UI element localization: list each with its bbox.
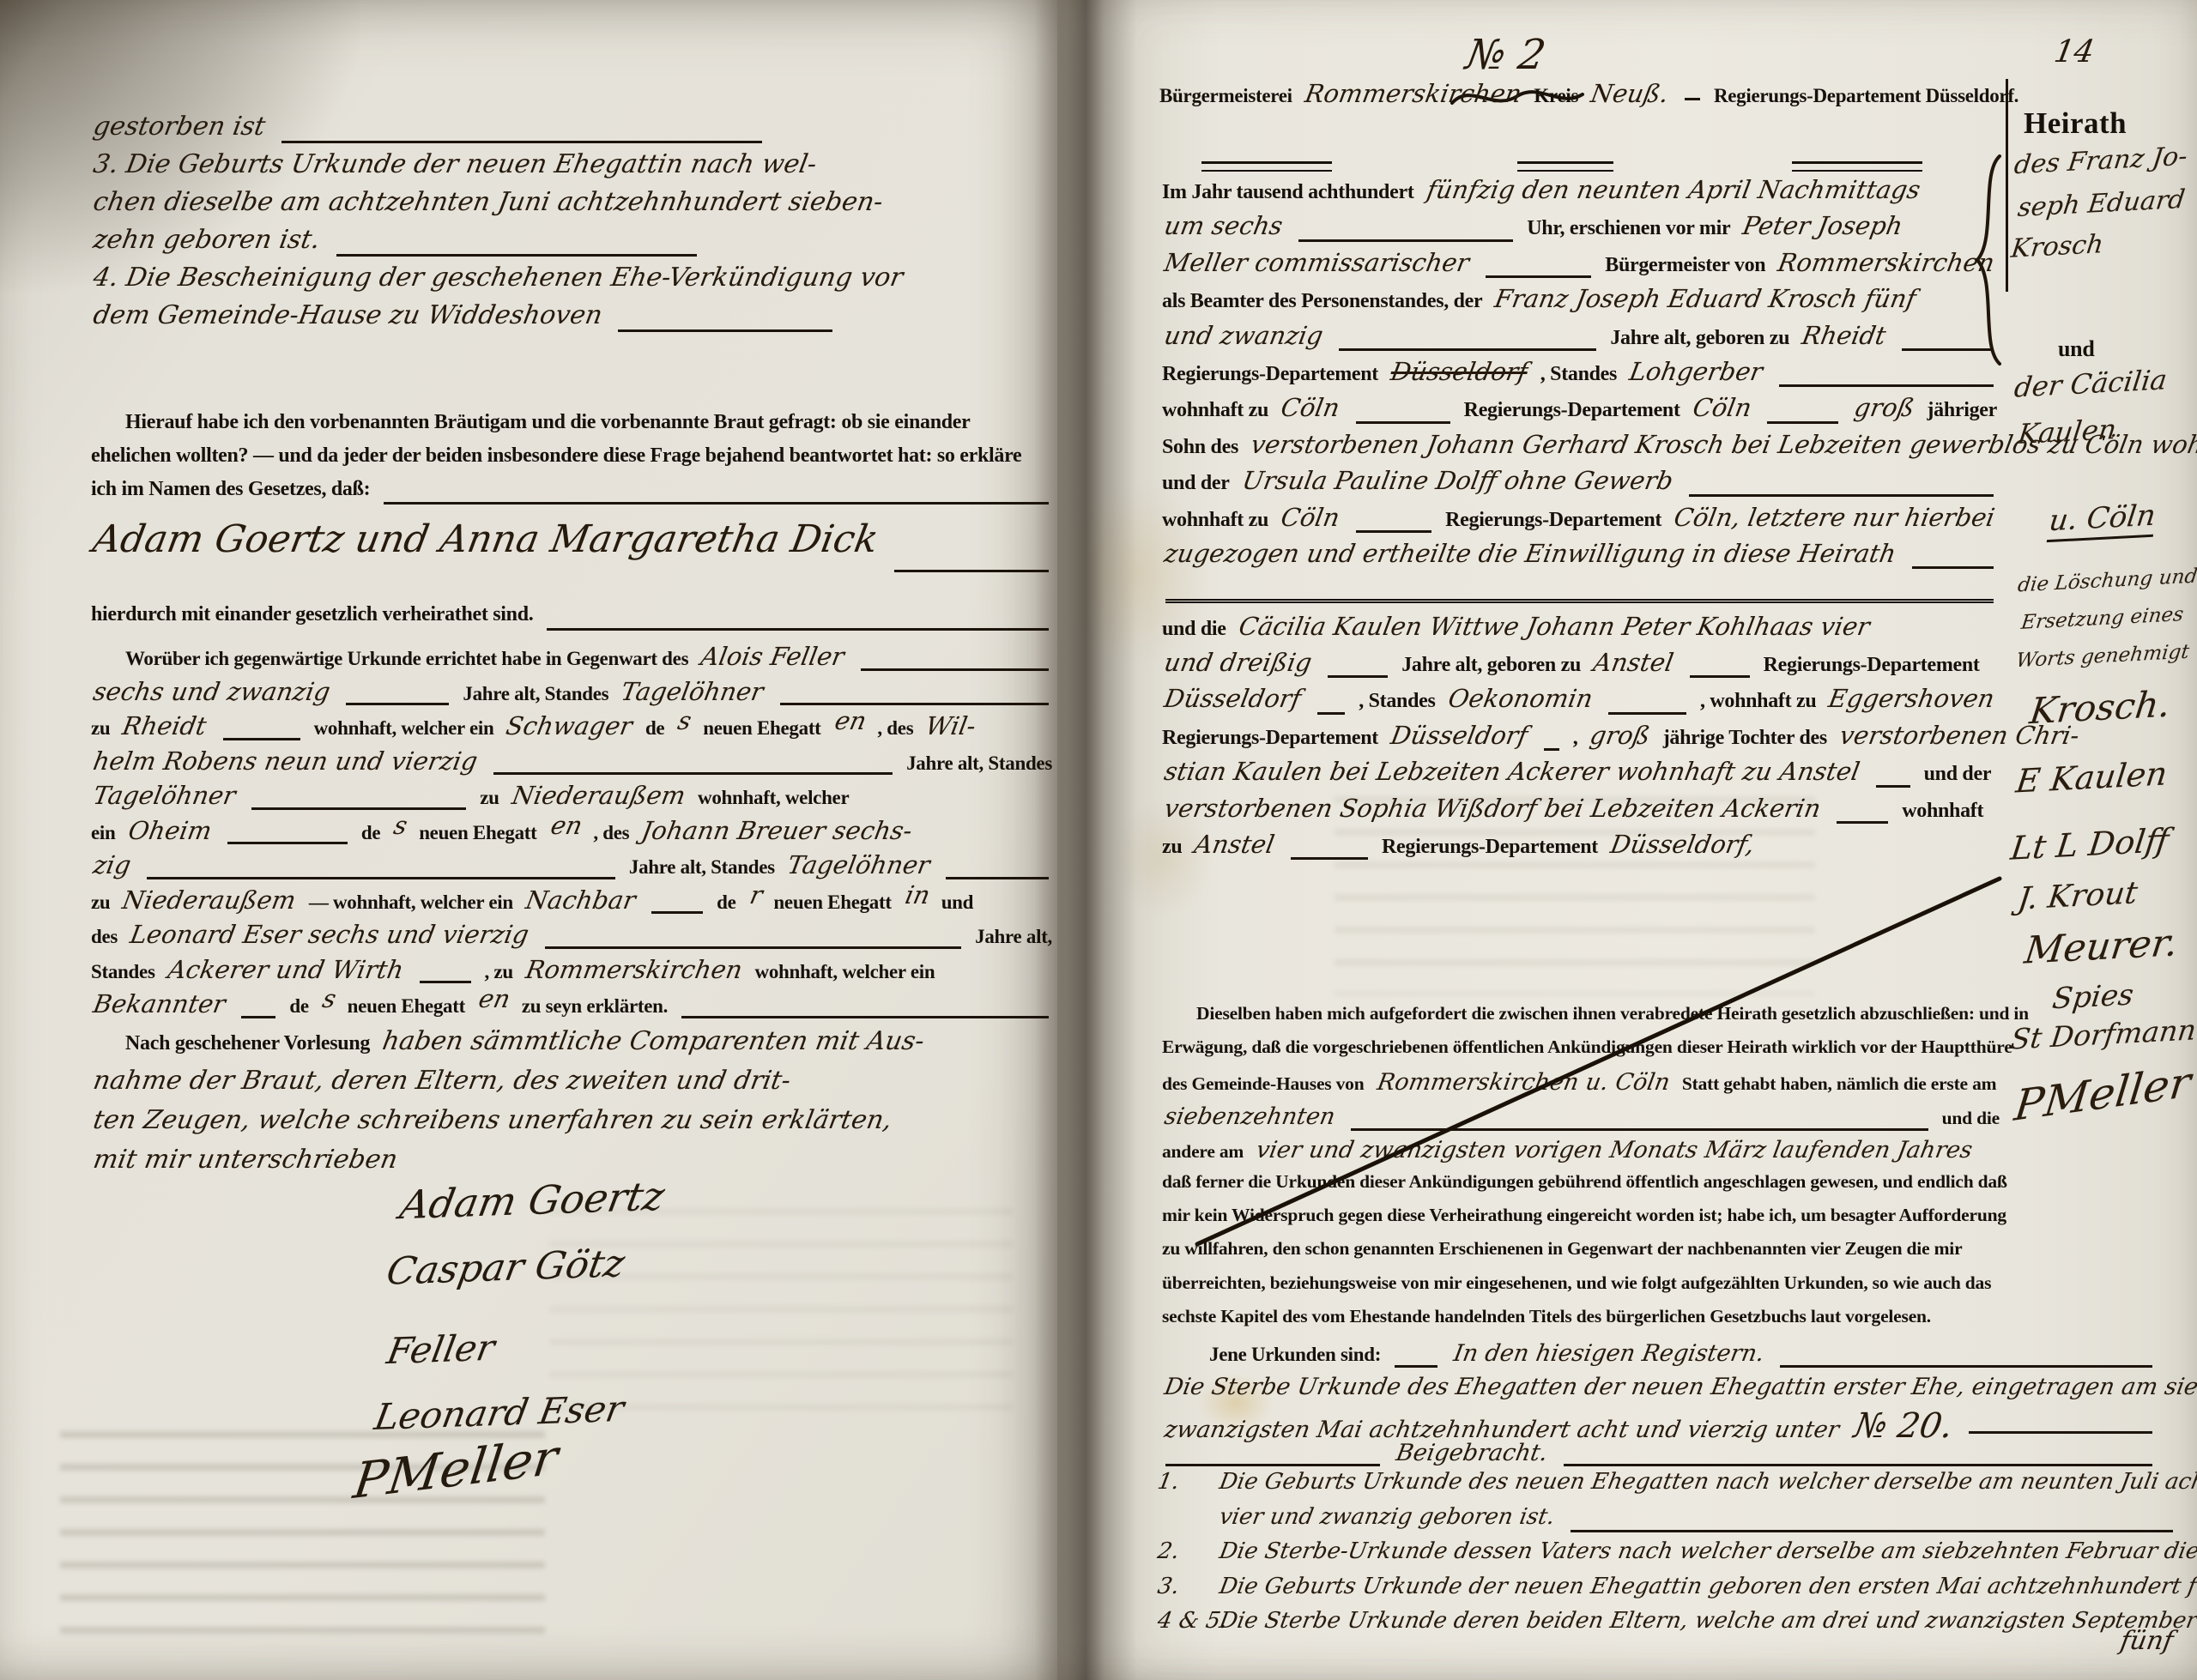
- text-line: 1.Die Geburts Urkunde des neuen Ehegatte…: [1212, 1471, 2182, 1506]
- printed-text: wohnhaft, welcher ein: [314, 718, 494, 739]
- handwritten-text: Niederaußem: [510, 783, 687, 808]
- grouping-brace: [1970, 153, 2008, 367]
- text-line: 4 & 5.Die Sterbe Urkunde deren beiden El…: [1212, 1610, 2182, 1645]
- handwritten-text: gestorben ist: [91, 113, 267, 141]
- text-line: Regierungs-DepartementDüsseldorf,großjäh…: [1157, 722, 2002, 758]
- printed-text: Jahre alt, Standes: [906, 753, 1052, 774]
- text-line: verstorbenen Sophia Wißdorf bei Lebzeite…: [1157, 795, 2002, 831]
- printed-text: , des: [593, 823, 629, 843]
- printed-text: hierdurch mit einander gesetzlich verhei…: [91, 604, 533, 625]
- blank-rule: [493, 772, 893, 775]
- text-line: Regierungs-DepartementDüsseldorf, Stande…: [1157, 359, 2002, 395]
- blank-rule: [1608, 712, 1686, 715]
- printed-text: Jahre alt, geboren zu: [1401, 655, 1581, 676]
- text-line: 3. Die Geburts Urkunde der neuen Ehegatt…: [86, 151, 1051, 189]
- handwritten-text: groß: [1589, 722, 1653, 748]
- text-line: und dieCäcilia Kaulen Wittwe Johann Pete…: [1157, 613, 2002, 650]
- text-line: und zwanzigJahre alt, geboren zuRheidt: [1157, 323, 2002, 359]
- married-declaration-line: hierdurch mit einander gesetzlich verhei…: [86, 604, 1057, 638]
- catchword: fünf: [2118, 1626, 2176, 1656]
- handwritten-insertion: en: [476, 986, 512, 1012]
- blank-rule: [780, 703, 1049, 705]
- margin-connector: und: [2058, 336, 2094, 362]
- text-line: Nach geschehener Vorlesunghaben sämmtlic…: [86, 1028, 1057, 1067]
- blank-rule: [420, 981, 471, 983]
- handwritten-text: dem Gemeinde-Hause zu Widdeshoven: [91, 302, 604, 329]
- blank-rule: [861, 668, 1049, 671]
- printed-text: — wohnhaft, welcher ein: [309, 892, 513, 913]
- text-line: ten Zeugen, welche schreibens unerfahren…: [86, 1107, 1057, 1146]
- signature-witness: Leonard Eser: [372, 1387, 627, 1438]
- text-line: 2.Die Sterbe-Urkunde dessen Vaters nach …: [1212, 1540, 2182, 1575]
- documents-numbered-list: 1.Die Geburts Urkunde des neuen Ehegatte…: [1212, 1471, 2182, 1645]
- blank-rule: [1690, 675, 1750, 678]
- handwritten-text: Rheidt: [1800, 323, 1888, 348]
- blank-rule: [1767, 421, 1838, 424]
- text-line: nahme der Braut, deren Eltern, des zweit…: [86, 1067, 1057, 1107]
- handwritten-text-large: № 20.: [1851, 1408, 1956, 1444]
- blank-rule: [1689, 494, 1994, 497]
- text-line: gestorben ist: [86, 113, 1051, 151]
- printed-text: neuen Ehegatt: [348, 996, 465, 1017]
- text-line: wohnhaft zuCölnRegierungs-DepartementCöl…: [1157, 505, 2002, 541]
- blank-rule: [1876, 785, 1910, 788]
- printed-text: jähriger: [1927, 400, 1997, 421]
- printed-text: und die: [1162, 619, 1226, 640]
- couple-names-line: Adam Goertz und Anna Margaretha Dick: [86, 520, 1057, 580]
- handwritten-text: Ackerer und Wirth: [166, 957, 405, 982]
- handwritten-text: Tagelöhner: [785, 852, 932, 878]
- printed-text: , Standes: [1359, 691, 1435, 712]
- handwritten-text: verstorbenen Sophia Wißdorf bei Lebzeite…: [1162, 795, 1823, 821]
- printed-text: de: [717, 892, 735, 913]
- handwritten-text: Tagelöhner: [91, 783, 238, 808]
- documents-intro-block: Jene Urkunden sind:In den hiesigen Regis…: [1157, 1342, 2161, 1474]
- text-line: sechste Kapitel des vom Ehestande handel…: [1157, 1307, 2005, 1340]
- handwritten-text: Bekannter: [91, 991, 227, 1017]
- signature: Spies: [2050, 978, 2135, 1017]
- text-line: überreichten, beziehungsweise von mir ei…: [1157, 1273, 2005, 1307]
- handwritten-text: chen dieselbe am achtzehnten Juni achtze…: [91, 189, 885, 216]
- handwritten-text: haben sämmtliche Comparenten mit Aus-: [380, 1028, 926, 1055]
- handwritten-text: zehn geboren ist.: [91, 227, 322, 254]
- printed-text: Uhr, erschienen vor mir: [1527, 218, 1730, 239]
- printed-text: neuen Ehegatt: [703, 718, 820, 739]
- margin-heading-heirath: Heirath: [2024, 106, 2127, 141]
- text-line: Hierauf habe ich den vorbenannten Bräuti…: [86, 412, 1057, 445]
- handwritten-text: Die Sterbe Urkunde des Ehegatten der neu…: [1163, 1375, 2197, 1399]
- blank-rule: [651, 911, 703, 914]
- text-line: zuNiederaußem— wohnhaft, welcher einNach…: [86, 887, 1057, 922]
- printed-text: Regierungs-Departement: [1382, 837, 1598, 858]
- blank-rule: [336, 254, 697, 257]
- printed-text: de: [361, 823, 380, 843]
- blank-rule: [223, 738, 300, 740]
- handwritten-text: vier und zwanzig geboren ist.: [1218, 1506, 1557, 1529]
- handwritten-text: nahme der Braut, deren Eltern, des zweit…: [91, 1067, 792, 1095]
- blank-rule: [241, 1016, 275, 1018]
- printed-text: , zu: [485, 962, 513, 982]
- printed-text: ich im Namen des Gesetzes, daß:: [91, 479, 370, 500]
- margin-bride-name: Kaulen: [2016, 413, 2118, 450]
- signature: J. Krout: [2016, 875, 2140, 916]
- printed-text: zu: [91, 892, 110, 913]
- printed-text: , des: [877, 718, 913, 739]
- carryover-document-list: gestorben ist3. Die Geburts Urkunde der …: [86, 113, 1051, 340]
- blank-rule: [547, 628, 1049, 631]
- double-underline: [1792, 161, 1922, 172]
- handwritten-text-struck: Düsseldorf: [1389, 359, 1529, 384]
- handwritten-text: 3. Die Geburts Urkunde der neuen Ehegatt…: [91, 151, 819, 178]
- kreis-label: Kreis: [1534, 85, 1578, 107]
- text-line: um sechsUhr, erschienen vor mirPeter Jos…: [1157, 213, 2002, 249]
- handwritten-text: und zwanzig: [1162, 323, 1325, 348]
- text-line: zehn geboren ist.: [86, 227, 1051, 264]
- handwritten-text: Leonard Eser sechs und vierzig: [128, 922, 530, 947]
- handwritten-text: um sechs: [1162, 213, 1285, 239]
- handwritten-text: zig: [91, 852, 132, 878]
- blank-rule: [545, 946, 961, 949]
- handwritten-text: groß: [1852, 395, 1916, 420]
- printed-text: wohnhaft zu: [1162, 510, 1268, 531]
- printed-text: Sohn des: [1162, 437, 1238, 458]
- blank-rule: [147, 877, 615, 879]
- double-underline: [1201, 161, 1332, 172]
- handwritten-text: Beigebracht.: [1395, 1441, 1550, 1465]
- handwritten-text: Nachbar: [524, 887, 638, 913]
- blank-rule: [384, 502, 1049, 505]
- closing-statement: Nach geschehener Vorlesunghaben sämmtlic…: [86, 1028, 1057, 1186]
- handwritten-text: Franz Joseph Eduard Krosch fünf: [1493, 286, 1919, 311]
- blank-rule: [1356, 530, 1431, 533]
- blank-rule: [227, 842, 348, 844]
- printed-text: Regierungs-Departement: [1464, 400, 1680, 421]
- record-number: № 2: [1462, 31, 1549, 79]
- handwritten-text: Schwager: [505, 713, 635, 739]
- text-line: Bekannterdesneuen Ehegattenzu seyn erklä…: [86, 991, 1057, 1026]
- printed-text: Jahre alt,: [975, 927, 1052, 947]
- handwritten-text: Anstel: [1193, 831, 1277, 857]
- printed-text: neuen Ehegatt: [773, 892, 891, 913]
- margin-place-note: u. Cöln: [2047, 499, 2158, 542]
- text-line: [1157, 577, 2002, 613]
- printed-text: jährige Tochter des: [1663, 728, 1827, 749]
- text-line: desLeonard Eser sechs und vierzigJahre a…: [86, 922, 1057, 957]
- printed-text: , wohnhaft zu: [1700, 691, 1816, 712]
- handwritten-text: Die Sterbe-Urkunde dessen Vaters nach we…: [1218, 1540, 2197, 1563]
- blank-rule: [1564, 1464, 2152, 1466]
- handwritten-text: Oheim: [126, 818, 214, 843]
- printed-text: Jahre alt, Standes: [629, 857, 775, 878]
- buergermeisterei-label: Bürgermeisterei: [1159, 85, 1292, 107]
- text-line: Worüber ich gegenwärtige Urkunde erricht…: [86, 644, 1057, 679]
- handwritten-text: Cöln: [1279, 505, 1341, 530]
- handwritten-insertion: en: [832, 708, 869, 734]
- printed-text: de: [289, 996, 308, 1017]
- printed-text: wohnhaft, welcher ein: [755, 962, 935, 982]
- printed-text: zu seyn erklärten.: [522, 996, 668, 1017]
- printed-text: und der: [1924, 764, 1992, 785]
- text-line: wohnhaft zuCölnRegierungs-DepartementCöl…: [1157, 395, 2002, 431]
- text-line: dem Gemeinde-Hause zu Widdeshoven: [86, 302, 1051, 340]
- item-number: 1.: [1156, 1471, 1182, 1494]
- handwritten-text: Die Sterbe Urkunde deren beiden Eltern, …: [1218, 1610, 2197, 1633]
- printed-text: ehelichen wollten? — und da jeder der be…: [91, 445, 1021, 467]
- blank-rule: [618, 329, 832, 332]
- double-underline: [1517, 161, 1613, 172]
- text-line: vier und zwanzig geboren ist.: [1212, 1506, 2182, 1541]
- printed-text: und: [941, 892, 973, 913]
- text-line: Die Sterbe Urkunde des Ehegatten der neu…: [1157, 1375, 2161, 1409]
- handwritten-text: Eggershoven: [1827, 686, 1997, 711]
- blank-rule: [1837, 821, 1888, 824]
- blank-rule: [1912, 566, 1994, 569]
- handwritten-insertion: in: [903, 882, 932, 908]
- blank-rule: [1339, 348, 1596, 351]
- printed-text: wohnhaft, welcher: [698, 788, 849, 808]
- handwritten-text: fünfzig den neunten April Nachmittags: [1425, 177, 1922, 202]
- text-line: chen dieselbe am achtzehnten Juni achtze…: [86, 189, 1051, 227]
- kreis-value: Neuß.: [1589, 79, 1671, 108]
- form-header: Bürgermeisterei Rommerskirchen Kreis Neu…: [1154, 79, 2012, 108]
- blank-rule: [1317, 712, 1345, 715]
- handwritten-text: Die Geburts Urkunde des neuen Ehegatten …: [1218, 1471, 2197, 1494]
- blank-rule: [1969, 1431, 2152, 1434]
- blank-rule: [1328, 675, 1388, 678]
- printed-text: Im Jahr tausend achthundert: [1162, 182, 1414, 203]
- blank-rule: [1486, 275, 1592, 278]
- blank-rule: [251, 807, 466, 810]
- blank-rule: [681, 1016, 1049, 1018]
- handwritten-insertion: en: [548, 813, 584, 838]
- text-line: zuRheidtwohnhaft, welcher einSchwagerdes…: [86, 713, 1057, 748]
- text-line: StandesAckerer und Wirth, zuRommerskirch…: [86, 957, 1057, 992]
- handwritten-text: Meller commissarischer: [1162, 250, 1471, 275]
- blank-rule: [1779, 384, 1994, 387]
- handwritten-text-large: Adam Goertz und Anna Margaretha Dick: [90, 520, 881, 559]
- printed-text: Jahre alt, Standes: [463, 684, 608, 704]
- handwritten-text: Cöln: [1279, 395, 1341, 420]
- text-line: ich im Namen des Gesetzes, daß:: [86, 479, 1057, 512]
- printed-text: Nach geschehener Vorlesung: [125, 1033, 370, 1055]
- handwritten-text: Tagelöhner: [620, 679, 766, 704]
- printed-text: Worüber ich gegenwärtige Urkunde erricht…: [125, 649, 688, 669]
- witnesses-paragraph: Worüber ich gegenwärtige Urkunde erricht…: [86, 644, 1057, 1026]
- handwritten-text: Düsseldorf: [1389, 722, 1529, 748]
- printed-text: Bürgermeister von: [1605, 255, 1765, 276]
- buergermeisterei-value: Rommerskirchen: [1303, 79, 1524, 108]
- handwritten-text: Peter Joseph: [1741, 213, 1905, 239]
- handwritten-text: zugezogen und ertheilte die Einwilligung…: [1162, 541, 1897, 566]
- text-line: hierdurch mit einander gesetzlich verhei…: [86, 604, 1057, 638]
- printed-text: Regierungs-Departement: [1764, 655, 1980, 676]
- handwritten-text: Rheidt: [121, 713, 209, 739]
- printed-text: , Standes: [1540, 364, 1617, 385]
- printed-text: ein: [91, 823, 116, 843]
- printed-text: Regierungs-Departement: [1162, 728, 1378, 749]
- margin-groom-name: Krosch: [2009, 229, 2105, 264]
- printed-text: de: [645, 718, 664, 739]
- handwritten-text: 4. Die Bescheinigung der geschehenen Ehe…: [91, 264, 905, 292]
- text-line: helm Robens neun und vierzigJahre alt, S…: [86, 748, 1057, 783]
- handwritten-text: Johann Breuer sechs-: [640, 818, 915, 843]
- handwritten-text: Cöln: [1691, 395, 1753, 420]
- text-line: Adam Goertz und Anna Margaretha Dick: [86, 520, 1057, 580]
- text-line: stian Kaulen bei Lebzeiten Ackerer wohnh…: [1157, 758, 2002, 795]
- text-line: 3.Die Geburts Urkunde der neuen Ehegatti…: [1212, 1575, 2182, 1611]
- handwritten-text: mit mir unterschrieben: [91, 1146, 399, 1174]
- printed-text: zu: [1162, 837, 1182, 858]
- printed-text: des: [91, 927, 118, 947]
- marriage-question-paragraph: Hierauf habe ich den vorbenannten Bräuti…: [86, 412, 1057, 512]
- printed-text: zu: [91, 718, 110, 739]
- blank-rule: [1571, 1530, 2173, 1532]
- signature-groom: Adam Goertz: [396, 1173, 668, 1229]
- printed-text: Hierauf habe ich den vorbenannten Bräuti…: [125, 412, 971, 433]
- handwritten-text: Rommerskirchen: [524, 957, 744, 982]
- printed-text: überreichten, beziehungsweise von mir ei…: [1162, 1273, 1991, 1293]
- blank-rule: [346, 703, 449, 705]
- handwritten-text: Alois Feller: [699, 644, 847, 669]
- blank-rule: [1395, 1365, 1437, 1368]
- handwritten-text: Düsseldorf,: [1608, 831, 1756, 857]
- handwritten-text: helm Robens neun und vierzig: [91, 748, 479, 774]
- signature: Meurer.: [2022, 921, 2180, 972]
- printed-text: zu: [480, 788, 499, 808]
- text-line: zugezogen und ertheilte die Einwilligung…: [1157, 541, 2002, 577]
- handwritten-text: Niederaußem: [121, 887, 299, 913]
- printed-text: Standes: [91, 962, 155, 982]
- blank-rule: [1356, 421, 1450, 424]
- handwritten-text: sechs und zwanzig: [91, 679, 332, 704]
- text-line: 4. Die Bescheinigung der geschehenen Ehe…: [86, 264, 1051, 302]
- handwritten-text: Ursula Pauline Dolff ohne Gewerb: [1240, 468, 1674, 493]
- handwritten-text: Cäcilia Kaulen Wittwe Johann Peter Kohlh…: [1237, 613, 1872, 639]
- handwritten-text: Cöln, letztere nur hierbei: [1672, 505, 1996, 530]
- marriage-register-spread: № 2 14 Bürgermeisterei Rommerskirchen Kr…: [0, 0, 2197, 1680]
- printed-text: als Beamter des Personenstandes, der: [1162, 291, 1482, 312]
- signature-witness: Caspar Götz: [384, 1242, 628, 1294]
- text-line: und dreißigJahre alt, geboren zuAnstelRe…: [1157, 650, 2002, 686]
- handwritten-text: stian Kaulen bei Lebzeiten Ackerer wohnh…: [1162, 758, 1861, 784]
- handwritten-text: ten Zeugen, welche schreibens unerfahren…: [91, 1107, 893, 1134]
- page-number: 14: [2051, 34, 2097, 69]
- handwritten-text: Wil-: [924, 713, 978, 739]
- handwritten-text: Rommerskirchen: [1776, 250, 1997, 275]
- handwritten-text: Lohgerber: [1627, 359, 1764, 384]
- text-line: Meller commissarischerBürgermeister vonR…: [1157, 250, 2002, 286]
- signature: Krosch.: [2027, 683, 2173, 732]
- blank-rule: [946, 877, 1049, 879]
- handwritten-text: Oekonomin: [1446, 686, 1595, 711]
- text-line: ehelichen wollten? — und da jeder der be…: [86, 445, 1057, 479]
- printed-text: und der: [1162, 473, 1230, 494]
- blank-rule: [894, 570, 1049, 572]
- blank-rule: [1165, 1464, 1380, 1466]
- text-line: sechs und zwanzigJahre alt, StandesTagel…: [86, 679, 1057, 714]
- blank-rule: [1165, 599, 1994, 603]
- text-line: als Beamter des Personenstandes, derFran…: [1157, 286, 2002, 322]
- handwritten-text: In den hiesigen Registern.: [1452, 1342, 1766, 1366]
- printed-text: neuen Ehegatt: [419, 823, 536, 843]
- printed-text: Regierungs-Departement: [1162, 364, 1378, 385]
- printed-text: Regierungs-Departement: [1445, 510, 1661, 531]
- text-line: einOheimdesneuen Ehegatten, desJohann Br…: [86, 818, 1057, 853]
- spouses-details-block: Im Jahr tausend achthundertfünfzig den n…: [1157, 177, 2002, 867]
- blank-rule: [281, 141, 762, 143]
- departement-label: Regierungs-Departement Düsseldorf.: [1714, 85, 2018, 107]
- handwritten-text: Die Geburts Urkunde der neuen Ehegattin …: [1218, 1575, 2197, 1598]
- signature-witness: Feller: [384, 1326, 498, 1372]
- handwritten-text: Düsseldorf: [1162, 686, 1303, 711]
- blank-rule: [1780, 1365, 2152, 1368]
- blank-rule: [1685, 98, 1700, 100]
- handwritten-text: Anstel: [1591, 650, 1675, 675]
- text-line: zwanzigsten Mai achtzehnhundert acht und…: [1157, 1408, 2161, 1441]
- handwritten-text: und dreißig: [1162, 650, 1314, 675]
- text-line: Düsseldorf, StandesOekonomin, wohnhaft z…: [1157, 686, 2002, 722]
- text-line: Im Jahr tausend achthundertfünfzig den n…: [1157, 177, 2002, 213]
- printed-text: Jahre alt, geboren zu: [1610, 328, 1789, 349]
- text-line: Jene Urkunden sind:In den hiesigen Regis…: [1157, 1342, 2161, 1375]
- printed-text: wohnhaft zu: [1162, 400, 1268, 421]
- blank-rule: [1298, 239, 1513, 242]
- printed-text: ,: [1573, 728, 1578, 749]
- printed-text: sechste Kapitel des vom Ehestande handel…: [1162, 1307, 1931, 1326]
- text-line: Sohn desverstorbenen Johann Gerhard Kros…: [1157, 432, 2002, 468]
- cancellation-diagonal-line: [1159, 858, 2008, 1261]
- printed-text: wohnhaft: [1902, 801, 1983, 822]
- text-line: und derUrsula Pauline Dolff ohne Gewerb: [1157, 468, 2002, 504]
- printed-text: Jene Urkunden sind:: [1209, 1345, 1381, 1365]
- item-number: 3.: [1156, 1575, 1182, 1598]
- blank-rule: [1544, 748, 1559, 751]
- item-number: 2.: [1156, 1540, 1182, 1563]
